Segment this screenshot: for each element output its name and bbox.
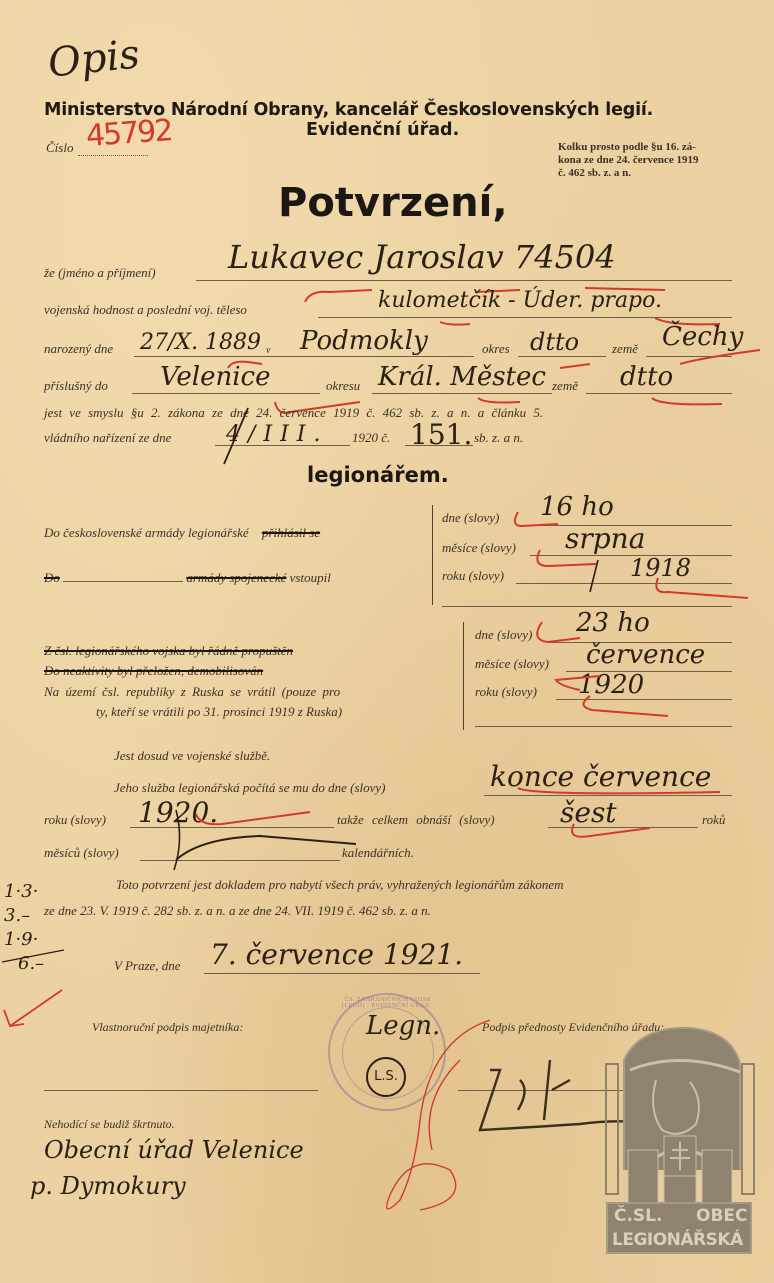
red-underlines-discharge	[0, 620, 774, 730]
certification-line-1: Toto potvrzení jest dokladem pro nabytí …	[116, 877, 564, 893]
place-date-value[interactable]: 7. července 1921.	[210, 938, 463, 971]
office-heading: Evidenční úřad.	[306, 120, 459, 140]
margin-marks	[0, 950, 80, 1060]
logo-text-box: Č.SL. OBEC LEGIONÁŘSKÁ	[606, 1202, 752, 1254]
land-value[interactable]: Čechy	[662, 322, 743, 352]
margin-calc-line: 1·3·	[4, 880, 44, 904]
number-line	[78, 155, 148, 156]
addressee-line-2[interactable]: p. Dymokury	[30, 1172, 186, 1200]
number-label: Číslo	[46, 140, 73, 156]
stamp-note-line: kona ze dne 24. července 1919	[558, 154, 699, 167]
place-date-line	[204, 973, 480, 974]
owner-signature-label: Vlastnoruční podpis majetníka:	[92, 1020, 243, 1035]
logo-text-bottom: LEGIONÁŘSKÁ	[612, 1230, 743, 1250]
decree-label: vládního nařízení ze dne	[44, 430, 171, 446]
strike-note: Nehodící se budiž škrtnuto.	[44, 1117, 175, 1132]
certification-line-2: ze dne 23. V. 1919 č. 282 sb. z. a n. a …	[44, 903, 431, 919]
name-label: že (jméno a příjmení)	[44, 265, 156, 281]
rank-label: vojenská hodnost a poslední voj. těleso	[44, 302, 247, 318]
place-date-label: V Praze, dne	[114, 958, 181, 974]
decree-slash-mark	[220, 408, 280, 468]
stamp-note-line: č. 462 sb. z. a n.	[558, 167, 699, 180]
name-value[interactable]: Lukavec Jaroslav 74504	[228, 238, 616, 276]
rank-value[interactable]: kulometčík - Úder. prapo.	[378, 288, 662, 313]
legion-community-logo: Č.SL. OBEC LEGIONÁŘSKÁ	[600, 1020, 760, 1260]
number-value: 45792	[85, 113, 173, 154]
service-marks	[0, 760, 774, 870]
stamp-exemption-note: Kolku prosto podle §u 16. zá- kona ze dn…	[558, 141, 699, 180]
logo-text-left: Č.SL.	[614, 1206, 662, 1226]
logo-text-right: OBEC	[696, 1206, 748, 1226]
red-underlines-enlistment	[0, 510, 774, 630]
margin-calc-line: 3.–	[4, 904, 44, 928]
copy-mark: Opis	[46, 31, 142, 86]
addressee-line-1[interactable]: Obecní úřad Velenice	[44, 1136, 304, 1164]
owner-signature-line	[44, 1090, 318, 1091]
decree-suffix: sb. z. a n.	[474, 430, 523, 446]
document-title: Potvrzení,	[278, 180, 508, 226]
stamp-note-line: Kolku prosto podle §u 16. zá-	[558, 141, 699, 154]
document-subtitle: legionářem.	[307, 463, 449, 487]
decree-number-value[interactable]: 151.	[410, 418, 472, 451]
decree-year: 1920 č.	[352, 430, 390, 446]
margin-calc-line: 1·9·	[4, 928, 44, 952]
